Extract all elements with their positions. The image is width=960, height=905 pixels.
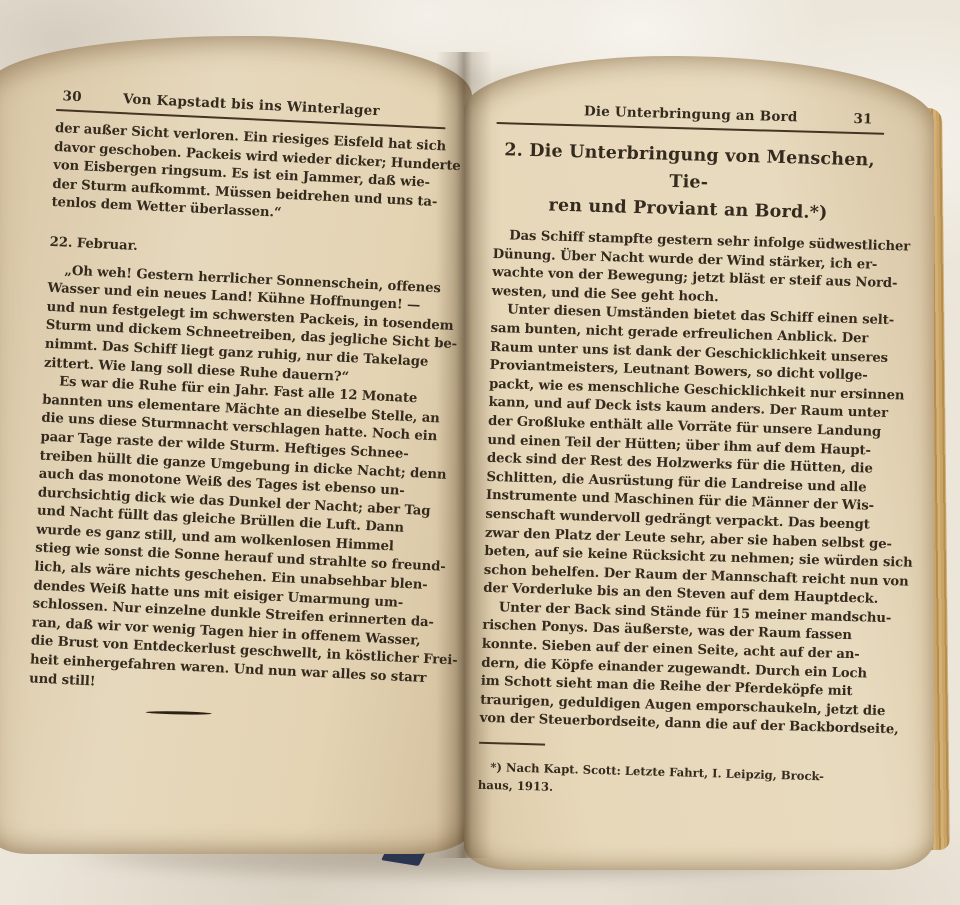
paragraph-ship-pitching: Das Schiff stampfte gestern sehr infolge… <box>491 227 881 312</box>
right-header-spacer <box>497 113 559 115</box>
left-header-spacer <box>390 116 446 119</box>
paragraph-continuation: der außer Sicht verloren. Ein riesiges E… <box>51 120 445 231</box>
left-page-content: 30 Von Kapstadt bis ins Winterlager der … <box>28 88 447 726</box>
paragraph-diary-entry: „Oh weh! Gestern herrlicher Sonnenschein… <box>44 261 439 391</box>
book-photo: 30 Von Kapstadt bis ins Winterlager der … <box>0 0 960 905</box>
right-page-content: Die Unterbringung an Bord 31 2. Die Unte… <box>478 101 885 805</box>
left-page-number: 30 <box>56 88 113 107</box>
paragraph-reflection: Es war die Ruhe für ein Jahr. Fast alle … <box>29 373 433 707</box>
right-page-number: 31 <box>822 110 884 128</box>
footnote-separator-rule <box>479 742 545 746</box>
chapter-heading: 2. Die Unterbringung von Menschen, Tie- … <box>494 137 884 229</box>
paragraph-ponies: Unter der Back sind Stände für 15 meiner… <box>479 599 870 740</box>
paragraph-stowage: Unter diesen Umständen bietet das Schiff… <box>483 301 879 609</box>
